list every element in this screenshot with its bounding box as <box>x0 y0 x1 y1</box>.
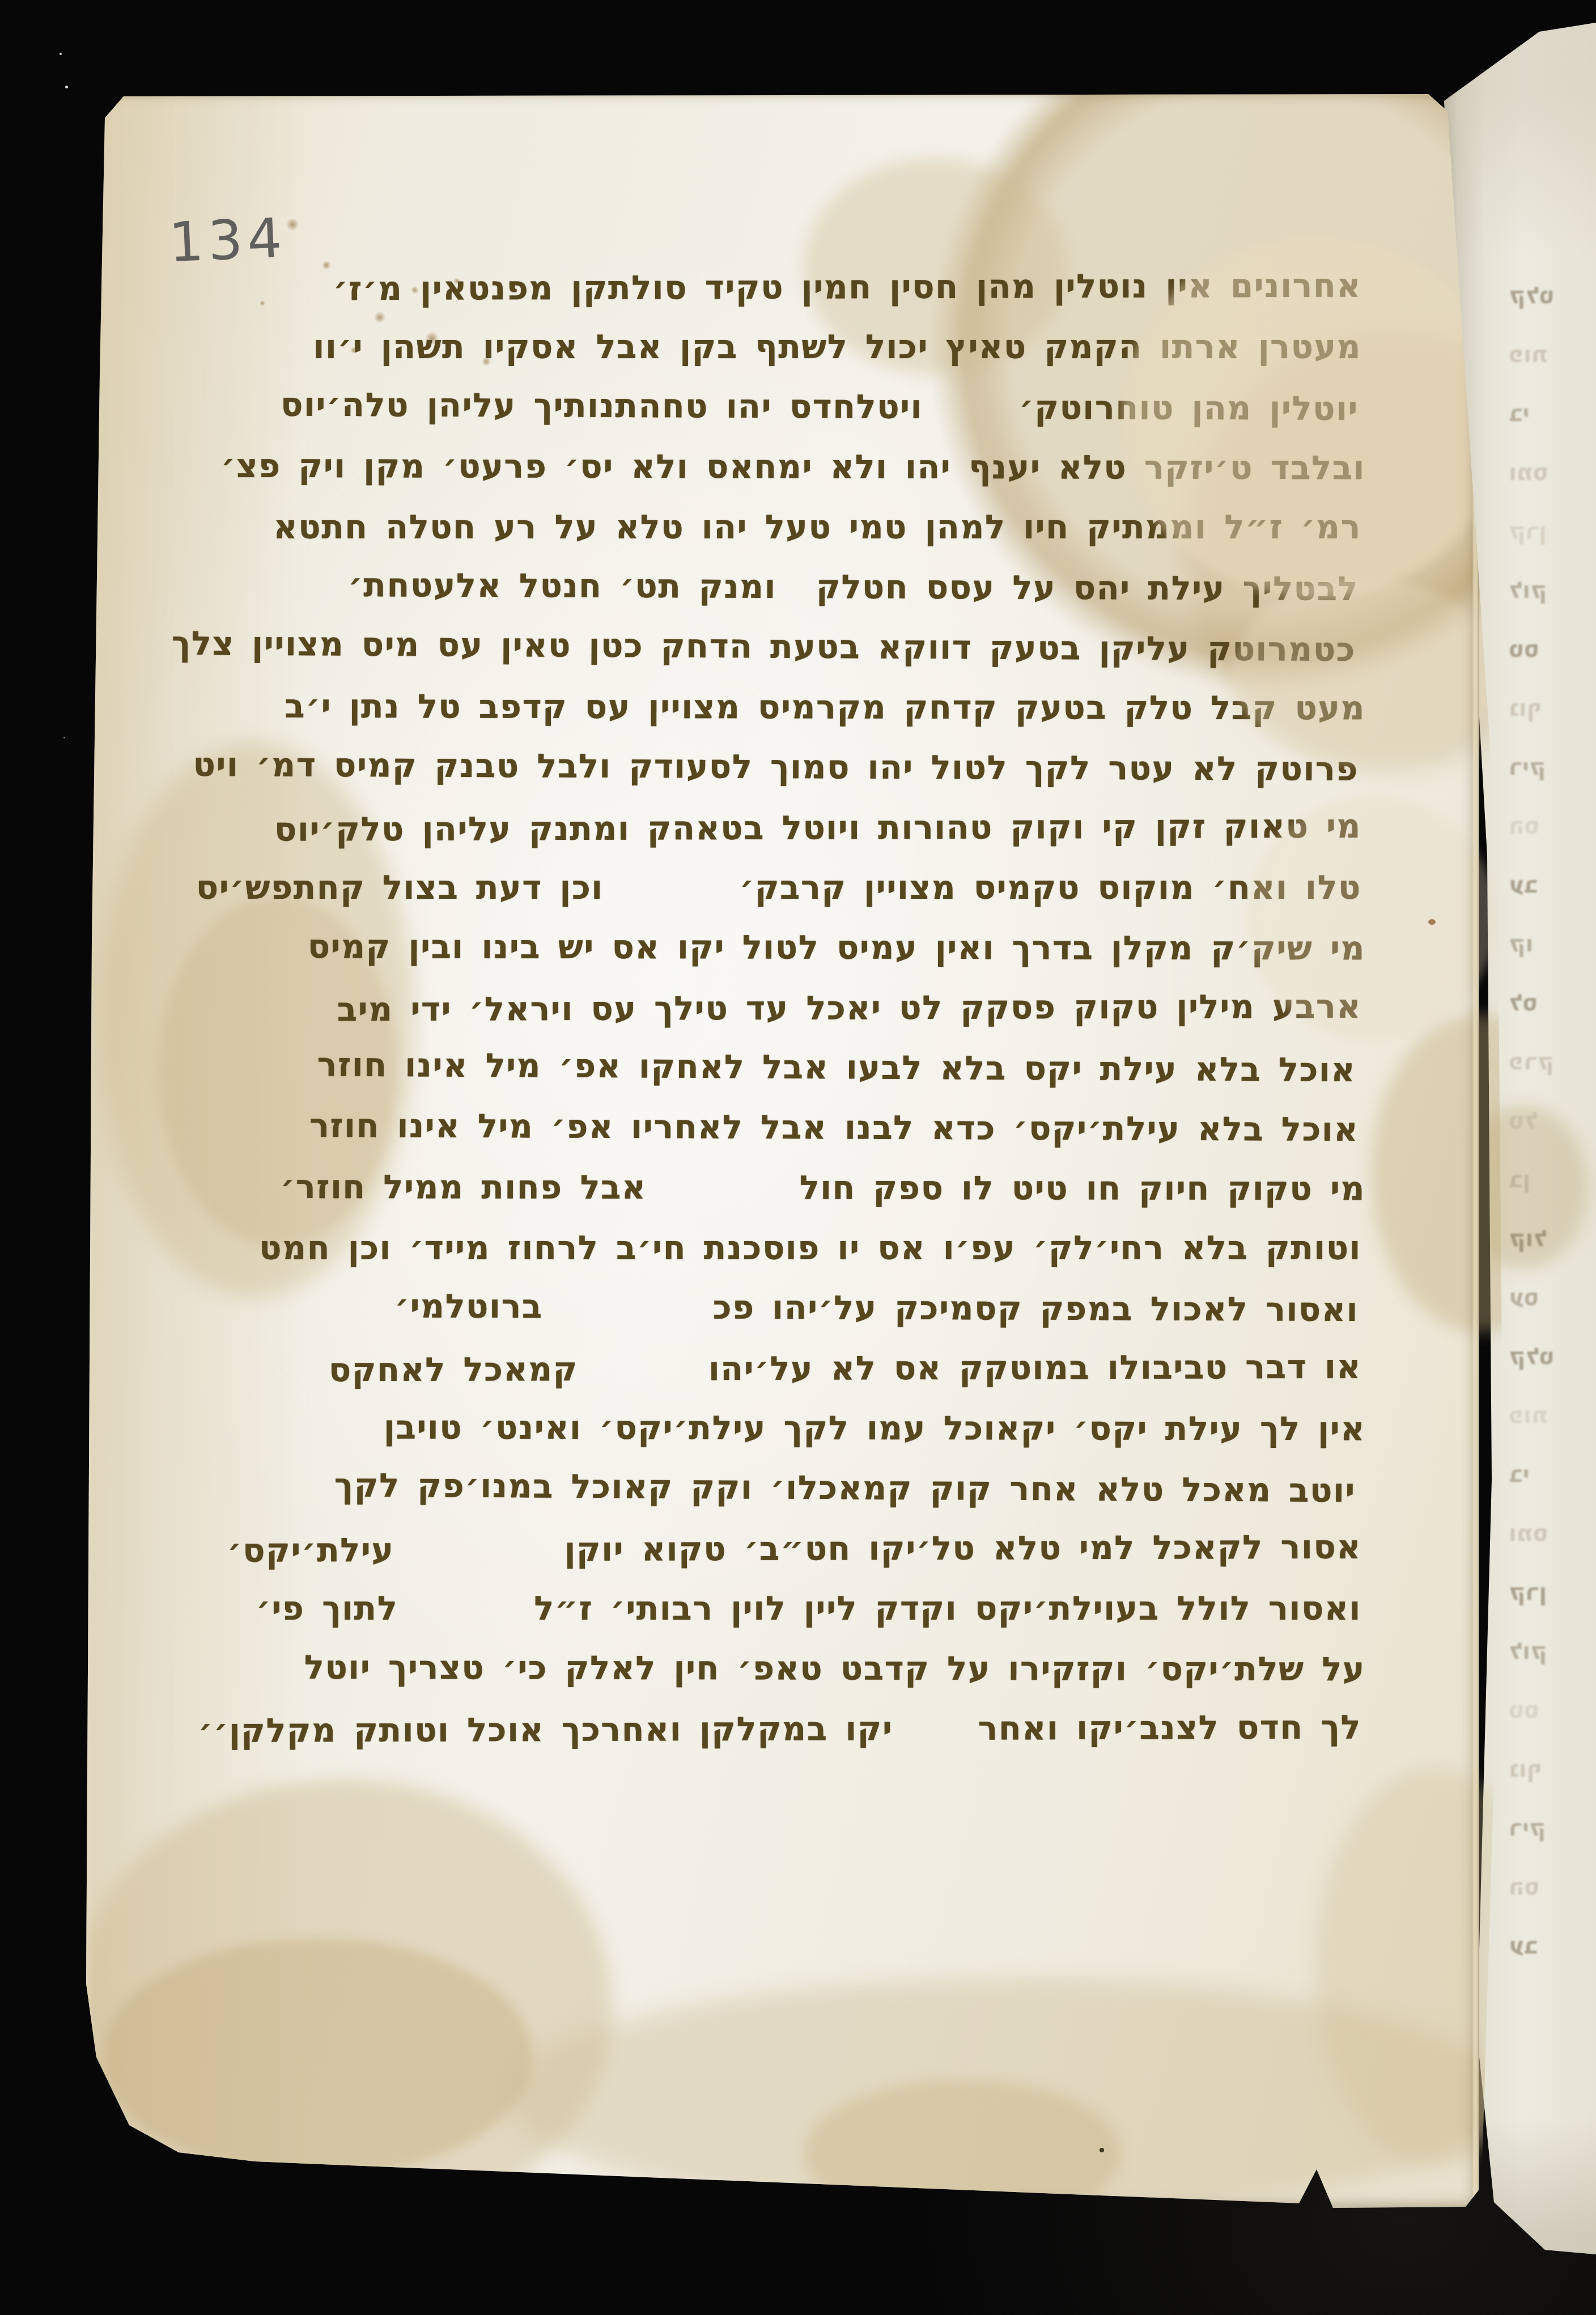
text-line-10: מי טאוק זקן קי וקוק טהורות ויוטל בטאהק ו… <box>469 796 1361 859</box>
text-line-14: אוכל בלא עילת יקס בלא לבעו אבל לאחקו אפ׳… <box>463 1035 1356 1100</box>
text-line-9: פרוטק לא עטר לקך לטול יהו סמוך לסעודק ול… <box>466 736 1359 799</box>
text-segment: או דבר טביבולו במוטקק אס לא על׳יהו <box>708 1337 1361 1399</box>
text-segment: אסור לקאכל למי טלא טל׳יקו חט״ב׳ טקוא יוק… <box>564 1517 1361 1579</box>
ghost-text-line: עב <box>1509 1917 1594 1976</box>
ghost-text-line: בן <box>1509 1150 1594 1209</box>
dust-speck <box>65 86 68 88</box>
section-break-gap <box>604 857 740 917</box>
text-segment: מי טקוק חיוק חו טיט לו ספק חול <box>800 1158 1366 1219</box>
manuscript-page: 134 אחרונים אין נוטלין מהן חסין חמין טקי… <box>79 91 1479 2210</box>
text-line-7: כטמרוטק עליקן בטעק דווקא בטעת הדחק כטן ט… <box>463 615 1356 679</box>
ghost-text-line: פרק <box>1509 1033 1594 1091</box>
section-break-gap <box>543 1276 713 1337</box>
section-break-gap <box>394 1519 564 1580</box>
ghost-text-line: קרן <box>1509 1563 1594 1622</box>
section-break-gap <box>923 377 1019 437</box>
showthrough-text: קלטפותביומסקרןלוקטסנוףריקהסעבקולספרקטלבן… <box>1509 266 1594 1976</box>
ghost-text-line: ריק <box>1509 1799 1594 1858</box>
text-line-15: אוכל בלא עילת׳יקס׳ כדא לבנו אבל לאחריו א… <box>466 1096 1359 1159</box>
text-segment: אבל פחות ממיל חוזר׳ <box>280 1157 646 1217</box>
text-segment: אוכל בלא עילת יקס בלא לבעו אבל לאחקו אפ׳… <box>317 1034 1356 1100</box>
text-segment: פרוטק לא עטר לקך לטול יהו סמוך לסעודק ול… <box>193 734 1359 799</box>
ink-fade-wash <box>1247 796 1496 1040</box>
text-segment: ואסור לולל בעוילת׳יקס וקדק ליין לוין רבו… <box>534 1578 1361 1638</box>
ghost-text-line: הס <box>1509 1858 1594 1917</box>
ghost-text-line: ומס <box>1509 1504 1594 1563</box>
text-segment: על שלת׳יקס׳ וקזקירו על קדבט טאפ׳ חין לאל… <box>304 1637 1365 1699</box>
section-break-gap <box>578 1339 708 1399</box>
ghost-text-line: קרן <box>1509 502 1594 561</box>
foxing-spot <box>322 261 331 270</box>
text-segment: מי טאוק זקן קי וקוק טהורות ויוטל בטאהק ו… <box>274 796 1361 860</box>
ghost-text-line: קלט <box>1509 266 1594 325</box>
text-line-8: מעט קבל טלק בטעק קדחק מקרמיס מצויין עס ק… <box>473 677 1365 738</box>
ink-speck <box>1100 2148 1104 2152</box>
text-segment: לתוך פי׳ <box>256 1578 398 1638</box>
photo-backdrop: קלטפותביומסקרןלוקטסנוףריקהסעבקולספרקטלבן… <box>0 0 1596 2315</box>
section-break-gap <box>893 1698 978 1758</box>
section-break-gap <box>647 1157 800 1217</box>
ink-fade-wash <box>1233 578 1499 765</box>
text-segment: מעט קבל טלק בטעק קדחק מקרמיס מצויין עס ק… <box>285 676 1365 738</box>
water-stain-bottom-center <box>805 2080 1122 2227</box>
text-line-17: וטותק בלא רחי׳לק׳ עפ׳ו אס יו פוסכנת חי׳ב… <box>469 1218 1361 1278</box>
ghost-text-line: בי <box>1509 1445 1594 1504</box>
text-segment: וכן דעת בצול קחתפש׳יס <box>196 857 604 917</box>
ink-fade-wash <box>1122 235 1508 598</box>
ghost-text-line: קול <box>1509 1209 1594 1268</box>
text-segment: לך חדס לצנב׳יקו ואחר <box>978 1697 1361 1758</box>
text-segment: ומנק תט׳ חנטל אלעטחת׳ <box>348 555 776 617</box>
ghost-text-line: נוף <box>1509 679 1594 738</box>
text-segment: ארבע מילין טקוק פסקק לט יאכל עד טילך עס … <box>337 976 1362 1040</box>
water-stain-bottom-left-blotch <box>102 1938 533 2176</box>
text-segment: ברוטלמי׳ <box>394 1276 543 1336</box>
ghost-text-line: טס <box>1509 620 1594 679</box>
ghost-text-line: פות <box>1509 1386 1594 1445</box>
text-line-25: לך חדס לצנב׳יקו ואחריקו במקלקן ואחרכך או… <box>469 1697 1361 1760</box>
text-line-18: ואסור לאכול במפק קסמיכק על׳יהו פכברוטלמי… <box>466 1276 1359 1340</box>
text-segment: עילת׳יקס׳ <box>227 1520 394 1581</box>
ghost-text-line: לס <box>1509 974 1594 1033</box>
ghost-text-line: לוק <box>1509 561 1594 620</box>
ghost-text-line: פות <box>1509 325 1594 384</box>
text-segment: מי שיק׳ק מקלן בדרך ואין עמיס לטול יקו אס… <box>308 916 1366 978</box>
foxing-spot <box>260 300 265 306</box>
ghost-text-line: ומס <box>1509 443 1594 502</box>
text-line-16: מי טקוק חיוק חו טיט לו ספק חולאבל פחות מ… <box>473 1157 1365 1219</box>
text-segment: קמאכל לאחקס <box>329 1339 578 1400</box>
ghost-text-line: קו <box>1509 915 1594 974</box>
text-line-11: טלו ואח׳ מוקוס טקמיס מצויין קרבק׳וכן דעת… <box>469 857 1361 917</box>
ghost-text-line: נוף <box>1509 1740 1594 1799</box>
text-line-20: אין לך עילת יקס׳ יקאוכל עמו לקך עילת׳יקס… <box>473 1398 1365 1459</box>
ghost-text-line: קלט <box>1509 1327 1594 1386</box>
dust-speck <box>63 737 65 738</box>
section-break-gap <box>398 1578 534 1638</box>
text-segment: ויטלחדס יהו טחהתנותיך עליהן טלה׳יוס <box>281 375 923 437</box>
ghost-text-line: בי <box>1509 384 1594 443</box>
text-line-12: מי שיק׳ק מקלן בדרך ואין עמיס לטול יקו אס… <box>473 917 1365 979</box>
ghost-text-line: טס <box>1509 1681 1594 1740</box>
text-line-21: יוטב מאכל טלא אחר קוק קמאכלו׳ וקק קאוכל … <box>463 1456 1356 1520</box>
text-segment: ואסור לאכול במפק קסמיכק על׳יהו פכ <box>713 1277 1359 1340</box>
text-line-24: על שלת׳יקס׳ וקזקירו על קדבט טאפ׳ חין לאל… <box>473 1638 1365 1700</box>
dust-speck <box>60 53 62 55</box>
ghost-text-line: ריק <box>1509 738 1594 797</box>
text-segment: כטמרוטק עליקן בטעק דווקא בטעת הדחק כטן ט… <box>172 613 1356 679</box>
ghost-text-line: הס <box>1509 797 1594 856</box>
text-segment: יקו במקלקן ואחרכך אוכל וטותק מקלקן׳׳ <box>198 1698 893 1761</box>
text-line-19: או דבר טביבולו במוטקק אס לא על׳יהוקמאכל … <box>469 1337 1361 1400</box>
text-line-22: אסור לקאכל למי טלא טל׳יקו חט״ב׳ טקוא יוק… <box>469 1517 1361 1580</box>
ghost-text-line: עס <box>1509 1268 1594 1327</box>
section-break-gap <box>776 557 816 617</box>
text-segment: אין לך עילת יקס׳ יקאוכל עמו לקך עילת׳יקס… <box>384 1397 1365 1459</box>
ghost-text-line: טל <box>1509 1091 1594 1150</box>
folio-number: 134 <box>168 206 288 275</box>
ghost-text-line: לוק <box>1509 1622 1594 1681</box>
foxing-spot <box>286 218 299 231</box>
text-segment: אוכל בלא עילת׳יקס׳ כדא לבנו אבל לאחריו א… <box>309 1095 1359 1159</box>
text-segment: יוטב מאכל טלא אחר קוק קמאכלו׳ וקק קאוכל … <box>334 1455 1356 1520</box>
text-segment: וטותק בלא רחי׳לק׳ עפ׳ו אס יו פוסכנת חי׳ב… <box>259 1218 1361 1278</box>
text-line-23: ואסור לולל בעוילת׳יקס וקדק ליין לוין רבו… <box>469 1578 1361 1638</box>
ghost-text-line: עב <box>1509 856 1594 915</box>
text-line-13: ארבע מילין טקוק פסקק לט יאכל עד טילך עס … <box>469 976 1361 1039</box>
